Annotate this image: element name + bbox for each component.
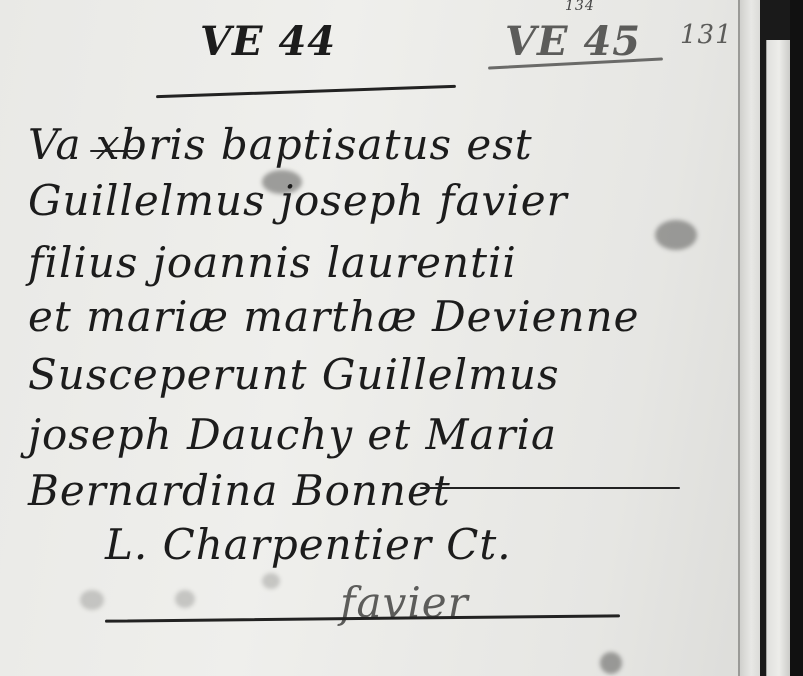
- record-line-3: filius joannis laurentii: [28, 238, 517, 287]
- ink-stain: [175, 590, 195, 608]
- scan-background: [790, 0, 803, 676]
- header-underline-left: [156, 85, 456, 98]
- end-flourish: [420, 487, 680, 489]
- ink-stain: [655, 220, 697, 250]
- document-page: VE 44 134 VE 45 131 Va xbris baptisatus …: [0, 0, 760, 676]
- record-line-4: et mariæ marthæ Devienne: [28, 292, 640, 341]
- strike-line: [90, 150, 138, 152]
- superscript-number: 134: [565, 0, 595, 14]
- priest-signature: L. Charpentier Ct.: [105, 520, 512, 569]
- page-number: 131: [680, 20, 733, 50]
- page-edge-stack: [766, 40, 791, 676]
- ink-stain: [262, 573, 280, 589]
- entry-number-left: VE 44: [200, 18, 336, 65]
- ink-stain: [80, 590, 104, 610]
- record-line-1: Va xbris baptisatus est: [28, 120, 533, 169]
- ink-stain: [600, 652, 622, 674]
- record-line-2: Guillelmus joseph favier: [28, 176, 568, 225]
- entry-number-right: VE 45: [505, 18, 641, 65]
- page-edge: [738, 0, 760, 676]
- record-line-6: joseph Dauchy et Maria: [28, 410, 557, 459]
- record-line-7: Bernardina Bonnet: [28, 466, 451, 515]
- record-line-5: Susceperunt Guillelmus: [28, 350, 560, 399]
